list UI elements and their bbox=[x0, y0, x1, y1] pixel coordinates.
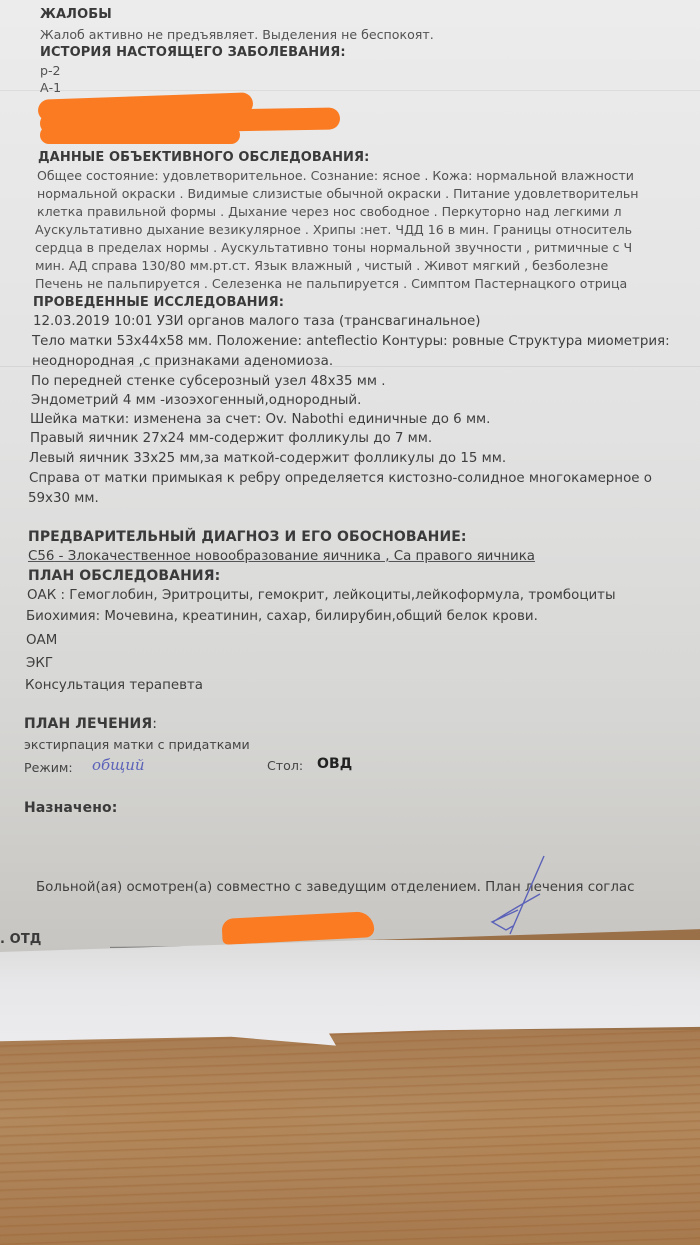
objective-line: сердца в пределах нормы . Аускультативно… bbox=[35, 240, 632, 255]
history-line: А-1 bbox=[40, 80, 61, 95]
redaction-mark bbox=[40, 126, 240, 144]
objective-line: Аускультативно дыхание везикулярное . Хр… bbox=[35, 222, 632, 237]
exam-plan-item: ОАМ bbox=[26, 633, 57, 648]
treatment-plan-heading-text: ПЛАН ЛЕЧЕНИЯ bbox=[24, 716, 152, 732]
objective-line: мин. АД справа 130/80 мм.рт.ст. Язык вла… bbox=[35, 258, 608, 273]
history-heading: ИСТОРИЯ НАСТОЯЩЕГО ЗАБОЛЕВАНИЯ: bbox=[40, 45, 346, 60]
exam-plan-item: ЭКГ bbox=[26, 656, 53, 671]
diagnosis-text: - Злокачественное новообразование яичник… bbox=[54, 549, 535, 564]
history-line: р-2 bbox=[40, 63, 61, 78]
objective-line: Печень не пальпируется . Селезенка не па… bbox=[35, 276, 627, 291]
study-line: неоднородная ,с признаками аденомиоза. bbox=[32, 354, 333, 369]
department-label: . ОТД bbox=[0, 932, 41, 947]
study-line: 12.03.2019 10:01 УЗИ органов малого таза… bbox=[33, 314, 480, 329]
prescribed-heading: Назначено: bbox=[24, 800, 117, 816]
objective-heading: ДАННЫЕ ОБЪЕКТИВНОГО ОБСЛЕДОВАНИЯ: bbox=[38, 150, 369, 165]
objective-line: Общее состояние: удовлетворительное. Соз… bbox=[37, 168, 634, 183]
study-line: Правый яичник 27x24 мм-содержит фолликул… bbox=[30, 431, 432, 446]
handwritten-signature-icon bbox=[488, 852, 548, 942]
redaction-mark bbox=[221, 911, 374, 945]
study-line: Левый яичник 33x25 мм,за маткой-содержит… bbox=[29, 451, 506, 466]
exam-plan-item: Консультация терапевта bbox=[25, 678, 203, 693]
study-line: Эндометрий 4 мм -изоэхогенный,однородный… bbox=[31, 393, 361, 408]
regime-handwritten-value: общий bbox=[92, 756, 145, 774]
paper-fold-line bbox=[0, 90, 700, 91]
wooden-table-background bbox=[0, 1030, 700, 1245]
objective-line: клетка правильной формы . Дыхание через … bbox=[37, 204, 622, 219]
table-label: Стол: bbox=[267, 758, 303, 773]
signature-line bbox=[488, 937, 583, 938]
regime-label: Режим: bbox=[24, 760, 73, 775]
diagnosis-code: С56 bbox=[28, 549, 54, 564]
study-line: По передней стенке субсерозный узел 48x3… bbox=[31, 374, 386, 389]
exam-plan-heading: ПЛАН ОБСЛЕДОВАНИЯ: bbox=[28, 568, 220, 584]
diagnosis-line: С56 - Злокачественное новообразование яи… bbox=[28, 549, 535, 564]
study-line: Справа от матки примыкая к ребру определ… bbox=[29, 471, 652, 486]
diagnosis-heading: ПРЕДВАРИТЕЛЬНЫЙ ДИАГНОЗ И ЕГО ОБОСНОВАНИ… bbox=[28, 529, 467, 545]
studies-heading: ПРОВЕДЕННЫЕ ИССЛЕДОВАНИЯ: bbox=[33, 295, 284, 310]
exam-plan-item: ОАК : Гемоглобин, Эритроциты, гемокрит, … bbox=[27, 588, 616, 603]
treatment-text: экстирпация матки с придатками bbox=[24, 737, 250, 752]
medical-document-page: ЖАЛОБЫ Жалоб активно не предъявляет. Выд… bbox=[0, 0, 700, 952]
study-line: 59x30 мм. bbox=[28, 491, 99, 506]
treatment-plan-heading-colon: : bbox=[152, 716, 157, 732]
objective-line: нормальной окраски . Видимые слизистые о… bbox=[37, 186, 639, 201]
complaints-heading: ЖАЛОБЫ bbox=[40, 7, 112, 22]
table-value: ОВД bbox=[317, 756, 352, 772]
study-line: Шейка матки: изменена за счет: Ov. Nabot… bbox=[30, 412, 490, 427]
treatment-plan-heading: ПЛАН ЛЕЧЕНИЯ: bbox=[24, 716, 157, 732]
exam-plan-item: Биохимия: Мочевина, креатинин, сахар, би… bbox=[26, 609, 538, 624]
complaints-text: Жалоб активно не предъявляет. Выделения … bbox=[40, 27, 434, 42]
study-line: Тело матки 53x44x58 мм. Положение: antef… bbox=[32, 334, 670, 349]
